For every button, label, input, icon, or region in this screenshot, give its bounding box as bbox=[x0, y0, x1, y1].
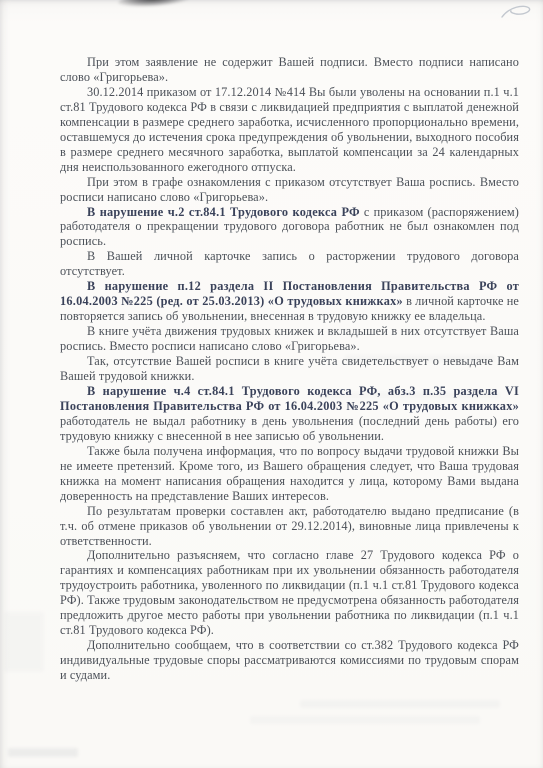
paragraph: По результатам проверки составлен акт, р… bbox=[60, 504, 519, 549]
document-body: При этом заявление не содержит Вашей под… bbox=[60, 55, 519, 683]
paragraph-text: 30.12.2014 приказом от 17.12.2014 №414 В… bbox=[60, 85, 519, 174]
bleed-through-artifact bbox=[300, 700, 500, 708]
paragraph-text: Дополнительно сообщаем, что в соответств… bbox=[60, 638, 519, 682]
paragraph: В нарушение ч.2 ст.84.1 Трудового кодекс… bbox=[60, 205, 519, 250]
paragraph: В Вашей личной карточке запись о расторж… bbox=[60, 249, 519, 279]
paragraph-text: Так, отсутствие Вашей росписи в книге уч… bbox=[60, 354, 519, 383]
paragraph: В нарушение ч.4 ст.84.1 Трудового кодекс… bbox=[60, 384, 519, 444]
paragraph-text: Дополнительно разъясняем, что согласно г… bbox=[60, 548, 519, 637]
paragraph: При этом заявление не содержит Вашей под… bbox=[60, 55, 519, 85]
scan-smudge-artifact bbox=[118, 0, 191, 8]
paragraph: Дополнительно разъясняем, что согласно г… bbox=[60, 548, 519, 638]
bleed-through-artifact bbox=[4, 612, 44, 672]
pen-mark-artifact bbox=[500, 2, 538, 22]
paragraph: В нарушение п.12 раздела II Постановлени… bbox=[60, 279, 519, 324]
paragraph-text: По результатам проверки составлен акт, р… bbox=[60, 504, 519, 548]
paragraph-text-bold: В нарушение ч.4 ст.84.1 Трудового кодекс… bbox=[60, 384, 519, 413]
paragraph: При этом в графе ознакомления с приказом… bbox=[60, 175, 519, 205]
paragraph-text: работодатель не выдал работнику в день у… bbox=[60, 414, 519, 443]
bleed-through-artifact bbox=[8, 748, 78, 757]
paragraph-text: Также была получена информация, что по в… bbox=[60, 444, 519, 503]
scanned-letter-page: При этом заявление не содержит Вашей под… bbox=[0, 0, 543, 768]
paragraph: В книге учёта движения трудовых книжек и… bbox=[60, 324, 519, 354]
paragraph: Также была получена информация, что по в… bbox=[60, 444, 519, 504]
paragraph-text: В книге учёта движения трудовых книжек и… bbox=[60, 324, 519, 353]
paragraph-text: В Вашей личной карточке запись о расторж… bbox=[60, 249, 519, 278]
paragraph: Так, отсутствие Вашей росписи в книге уч… bbox=[60, 354, 519, 384]
paragraph: 30.12.2014 приказом от 17.12.2014 №414 В… bbox=[60, 85, 519, 175]
paragraph: Дополнительно сообщаем, что в соответств… bbox=[60, 638, 519, 683]
bleed-through-artifact bbox=[250, 716, 480, 724]
paragraph-text: При этом в графе ознакомления с приказом… bbox=[60, 175, 519, 204]
paragraph-text: При этом заявление не содержит Вашей под… bbox=[60, 55, 519, 84]
paragraph-text-bold: В нарушение ч.2 ст.84.1 Трудового кодекс… bbox=[87, 205, 360, 219]
